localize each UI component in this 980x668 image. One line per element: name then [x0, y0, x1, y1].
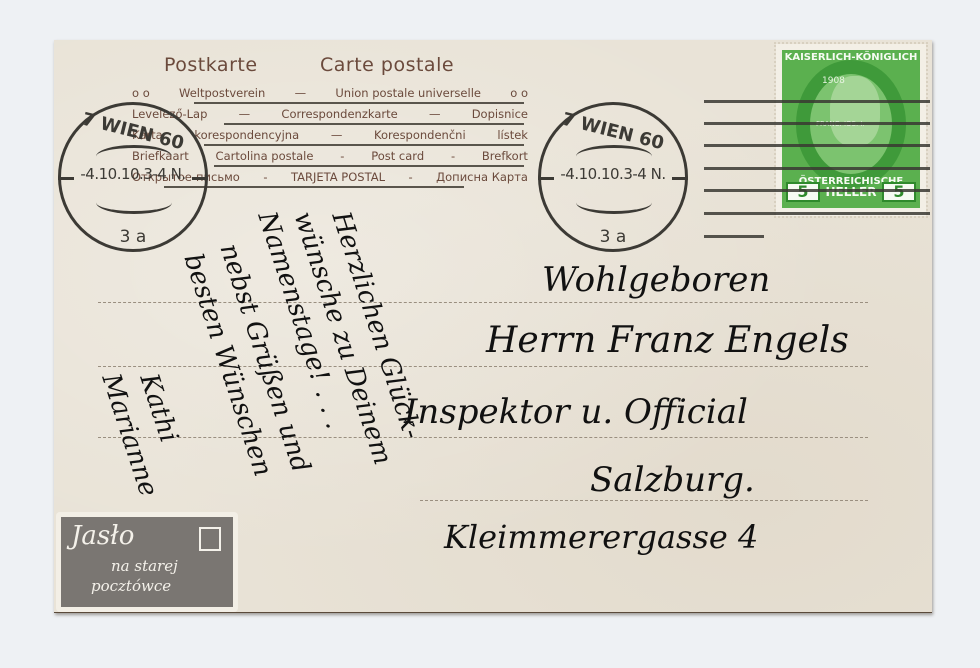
watermark-subtitle-1: na starej: [111, 557, 178, 575]
header-word: korespondencyjna: [194, 128, 299, 142]
stamp-value-row: 5 HELLER 5: [786, 180, 916, 204]
postmark-code: 3 a: [61, 227, 205, 247]
postmark-right: 7 WIEN 60 -4.10.10.3-4 N. 3 a: [538, 102, 688, 252]
stamp-value-right: 5: [882, 182, 916, 202]
header-word: lístek: [497, 128, 528, 142]
watermark-title: Jasło: [71, 521, 134, 551]
cancellation-line: [704, 144, 930, 147]
header-title-german: Postkarte: [164, 54, 258, 76]
strike-line: [194, 102, 524, 104]
header-word: o o: [510, 86, 528, 100]
header-word: Cartolina postale: [216, 149, 314, 163]
postmark-date: -4.10.10.3-4 N.: [61, 165, 205, 183]
cancellation-line: [704, 212, 930, 215]
postmark-arc: [96, 191, 172, 214]
header-word: Dopisnice: [472, 107, 528, 121]
header-word: -: [340, 149, 344, 163]
watermark-stamp-icon: [199, 527, 221, 551]
watermark-panel: Jasło na starej pocztówce: [61, 517, 233, 607]
cancellation-line: [704, 235, 764, 238]
header-word: —: [239, 107, 251, 121]
header-word: -: [263, 170, 267, 184]
header-word: —: [429, 107, 441, 121]
header-line: Levelező-Lap—Correspondenzkarte—Dopisnic…: [132, 107, 528, 121]
header-word: —: [295, 86, 307, 100]
stamp-portrait: [830, 76, 880, 146]
header-word: o o: [132, 86, 150, 100]
header-word: Union postale universelle: [335, 86, 481, 100]
cancellation-line: [704, 167, 930, 170]
header-word: Weltpostverein: [179, 86, 265, 100]
header-line: o oWeltpostverein—Union postale universe…: [132, 86, 528, 100]
address-line-4: Salzburg.: [590, 460, 755, 500]
address-line: [98, 437, 868, 438]
header-word: Brefkort: [482, 149, 528, 163]
cancellation-line: [704, 100, 930, 103]
header-word: Korespondenčni: [374, 128, 466, 142]
stamp-value-left: 5: [786, 182, 820, 202]
address-line-1: Wohlgeboren: [542, 260, 770, 300]
stamp-denomination: HELLER: [826, 185, 877, 199]
postmark-arc: [576, 191, 652, 214]
postmark-left: 7 WIEN 60 -4.10.10.3-4 N. 3 a: [58, 102, 208, 252]
watermark-logo: Jasło na starej pocztówce: [56, 512, 238, 612]
stamp-face: KAISERLICH-KÖNIGLICH ÖSTERREICHISCHE 190…: [782, 50, 920, 208]
address-line-5: Kleimmerergasse 4: [444, 518, 758, 556]
cancellation-line: [704, 189, 930, 192]
stamp-year: 1908: [822, 76, 845, 86]
strike-line: [204, 144, 524, 146]
header-word: —: [331, 128, 343, 142]
header-word: Дописна Карта: [436, 170, 528, 184]
address-line: [420, 500, 868, 501]
strike-line: [224, 123, 524, 125]
watermark-subtitle-2: pocztówce: [91, 577, 171, 595]
address-line-3: Inspektor u. Official: [404, 392, 748, 432]
stamp-ring-text-top: KAISERLICH-KÖNIGLICH: [782, 52, 920, 63]
postmark-date: -4.10.10.3-4 N.: [541, 165, 685, 183]
postmark-code: 3 a: [541, 227, 685, 247]
address-line-2: Herrn Franz Engels: [486, 320, 849, 361]
header-word: TARJETA POSTAL: [291, 170, 385, 184]
cancellation-line: [704, 122, 930, 125]
header-word: Correspondenzkarte: [281, 107, 397, 121]
header-word: -: [451, 149, 455, 163]
header-word: -: [409, 170, 413, 184]
strike-line: [164, 186, 464, 188]
strike-line: [214, 165, 524, 167]
header-word: Post card: [371, 149, 424, 163]
header-title-french: Carte postale: [320, 54, 454, 76]
